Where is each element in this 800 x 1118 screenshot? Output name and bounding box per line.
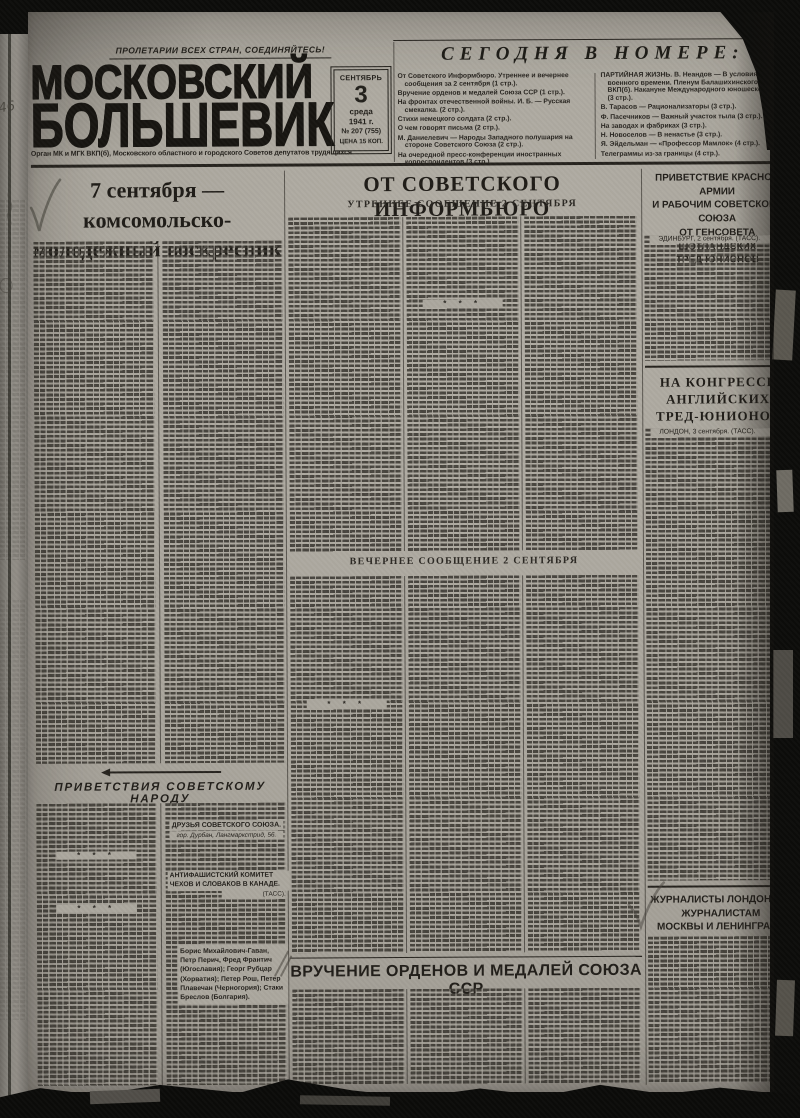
sub-column-divider (406, 989, 407, 1084)
friends-address: гор. Дурбан, Лангмаркстрид, 56. (169, 831, 283, 841)
illegible-body-text (644, 235, 791, 361)
committee-tass: (ТАСС). (222, 890, 286, 899)
today-column-divider (594, 73, 595, 159)
illegible-body-text (288, 217, 402, 552)
voskresnik-headline-line1: 7 сентября — комсомольско- (31, 175, 283, 236)
newspaper-scan: ПРОЛЕТАРИИ ВСЕХ СТРАН, СОЕДИНЯЙТЕСЬ! МОС… (0, 0, 800, 1118)
sub-column-divider (402, 217, 405, 551)
today-item: Телеграммы из-за границы (4 стр.). (601, 150, 791, 159)
issue-weekday: среда (335, 107, 388, 117)
arrow-head-icon (101, 769, 110, 777)
today-item: Ф. Пасечников — Важный участок тыла (3 с… (601, 113, 791, 122)
issue-day: 3 (335, 82, 388, 107)
today-item: На фронтах отечественной войны. И. Б. — … (398, 98, 590, 114)
illegible-body-text (524, 216, 638, 551)
stars-divider: * * * (423, 299, 503, 307)
morning-report-subhead: УТРЕННЕЕ СООБЩЕНИЕ 2 СЕНТЯБРЯ (286, 198, 638, 211)
pencil-squiggle (0, 188, 20, 228)
illegible-body-text (162, 241, 285, 764)
torn-paper-fragment (772, 290, 796, 361)
stars-divider: * * * (307, 700, 387, 708)
illegible-body-text (410, 988, 522, 1084)
today-list-left: От Советского Информбюро. Утреннее и веч… (397, 72, 589, 169)
friends-signature: ДРУЗЬЯ СОВЕТСКОГО СОЮЗА. (169, 821, 283, 831)
today-item: Н. Новоселов — В ненастье (3 стр.). (601, 131, 791, 140)
illegible-body-text (290, 576, 404, 954)
pencil-checkmark (624, 881, 666, 931)
torn-paper-fragment (775, 980, 795, 1037)
today-item: Я. Эйдельман — «Профессор Мамлок» (4 стр… (601, 140, 791, 149)
header-line: ПРИВЕТСТВИЕ КРАСНОЙ АРМИИ (644, 171, 790, 199)
illegible-body-text (528, 988, 640, 1084)
masthead-slogan: ПРОЛЕТАРИИ ВСЕХ СТРАН, СОЕДИНЯЙТЕСЬ! (109, 44, 331, 55)
stars-divider: * * * (57, 851, 137, 859)
today-item: М. Даниелевич — Народы Западного полушар… (398, 134, 590, 150)
issue-info-box: СЕНТЯБРЬ 3 среда 1941 г. № 207 (755) ЦЕН… (330, 66, 391, 154)
today-item: От Советского Информбюро. Утреннее и веч… (397, 72, 589, 88)
today-top-rule (393, 38, 790, 41)
today-item: Стихи немецкого солдата (2 стр.). (398, 115, 590, 124)
torn-paper-fragment (773, 650, 793, 738)
awards-top-rule (290, 956, 642, 959)
sub-column-divider (520, 216, 523, 550)
pencil-checkmark (26, 178, 62, 234)
top-left-corner-shadow (0, 0, 28, 34)
pencil-circle-mark (0, 278, 13, 293)
illegible-body-text (406, 216, 520, 551)
committee-signature: АНТИФАШИСТСКИЙ КОМИТЕТ ЧЕХОВ И СЛОВАКОВ … (168, 871, 290, 891)
right-edge-shadow (770, 0, 800, 1118)
issue-year: 1941 г. (335, 117, 388, 127)
issue-price: ЦЕНА 15 КОП. (335, 138, 388, 146)
evening-report-subhead: ВЕЧЕРНЕЕ СООБЩЕНИЕ 2 СЕНТЯБРЯ (288, 555, 640, 568)
pencil-slash-mark (272, 949, 292, 979)
today-item: На заводах и фабриках (3 стр.). (601, 122, 791, 131)
illegible-body-text (292, 989, 404, 1085)
sub-column-divider (404, 576, 407, 953)
header-line: И РАБОЧИМ СОВЕТСКОГО СОЮЗА (644, 198, 790, 226)
issue-number: № 207 (755) (335, 128, 388, 137)
sub-column-divider (522, 575, 525, 952)
today-item: О чем говорят письма (2 стр.). (398, 124, 590, 133)
arrow-divider (106, 771, 221, 774)
masthead-title-line2: БОЛЬШЕВИК (31, 94, 335, 158)
torn-paper-fragment (776, 470, 793, 513)
informburo-header: ОТ СОВЕТСКОГО ИНФОРМБЮРО (286, 171, 638, 223)
sub-column-divider (157, 241, 161, 763)
illegible-body-text (408, 575, 522, 953)
today-item: Вручение орденов и медалей Союза ССР (1 … (398, 89, 590, 98)
sub-column-divider (160, 803, 162, 1085)
illegible-body-text (36, 803, 157, 1086)
stars-divider: * * * (57, 904, 137, 912)
top-edge-shadow (0, 0, 800, 12)
margin-annotation-number: 46 (0, 99, 16, 117)
torn-paper-fragment (90, 1089, 160, 1104)
torn-paper-fragment (300, 1095, 390, 1106)
illegible-body-text (33, 241, 156, 764)
today-title: СЕГОДНЯ В НОМЕРЕ: (395, 42, 790, 66)
page-content: ПРОЛЕТАРИИ ВСЕХ СТРАН, СОЕДИНЯЙТЕСЬ! МОС… (0, 0, 800, 1118)
sub-column-divider (524, 988, 525, 1083)
